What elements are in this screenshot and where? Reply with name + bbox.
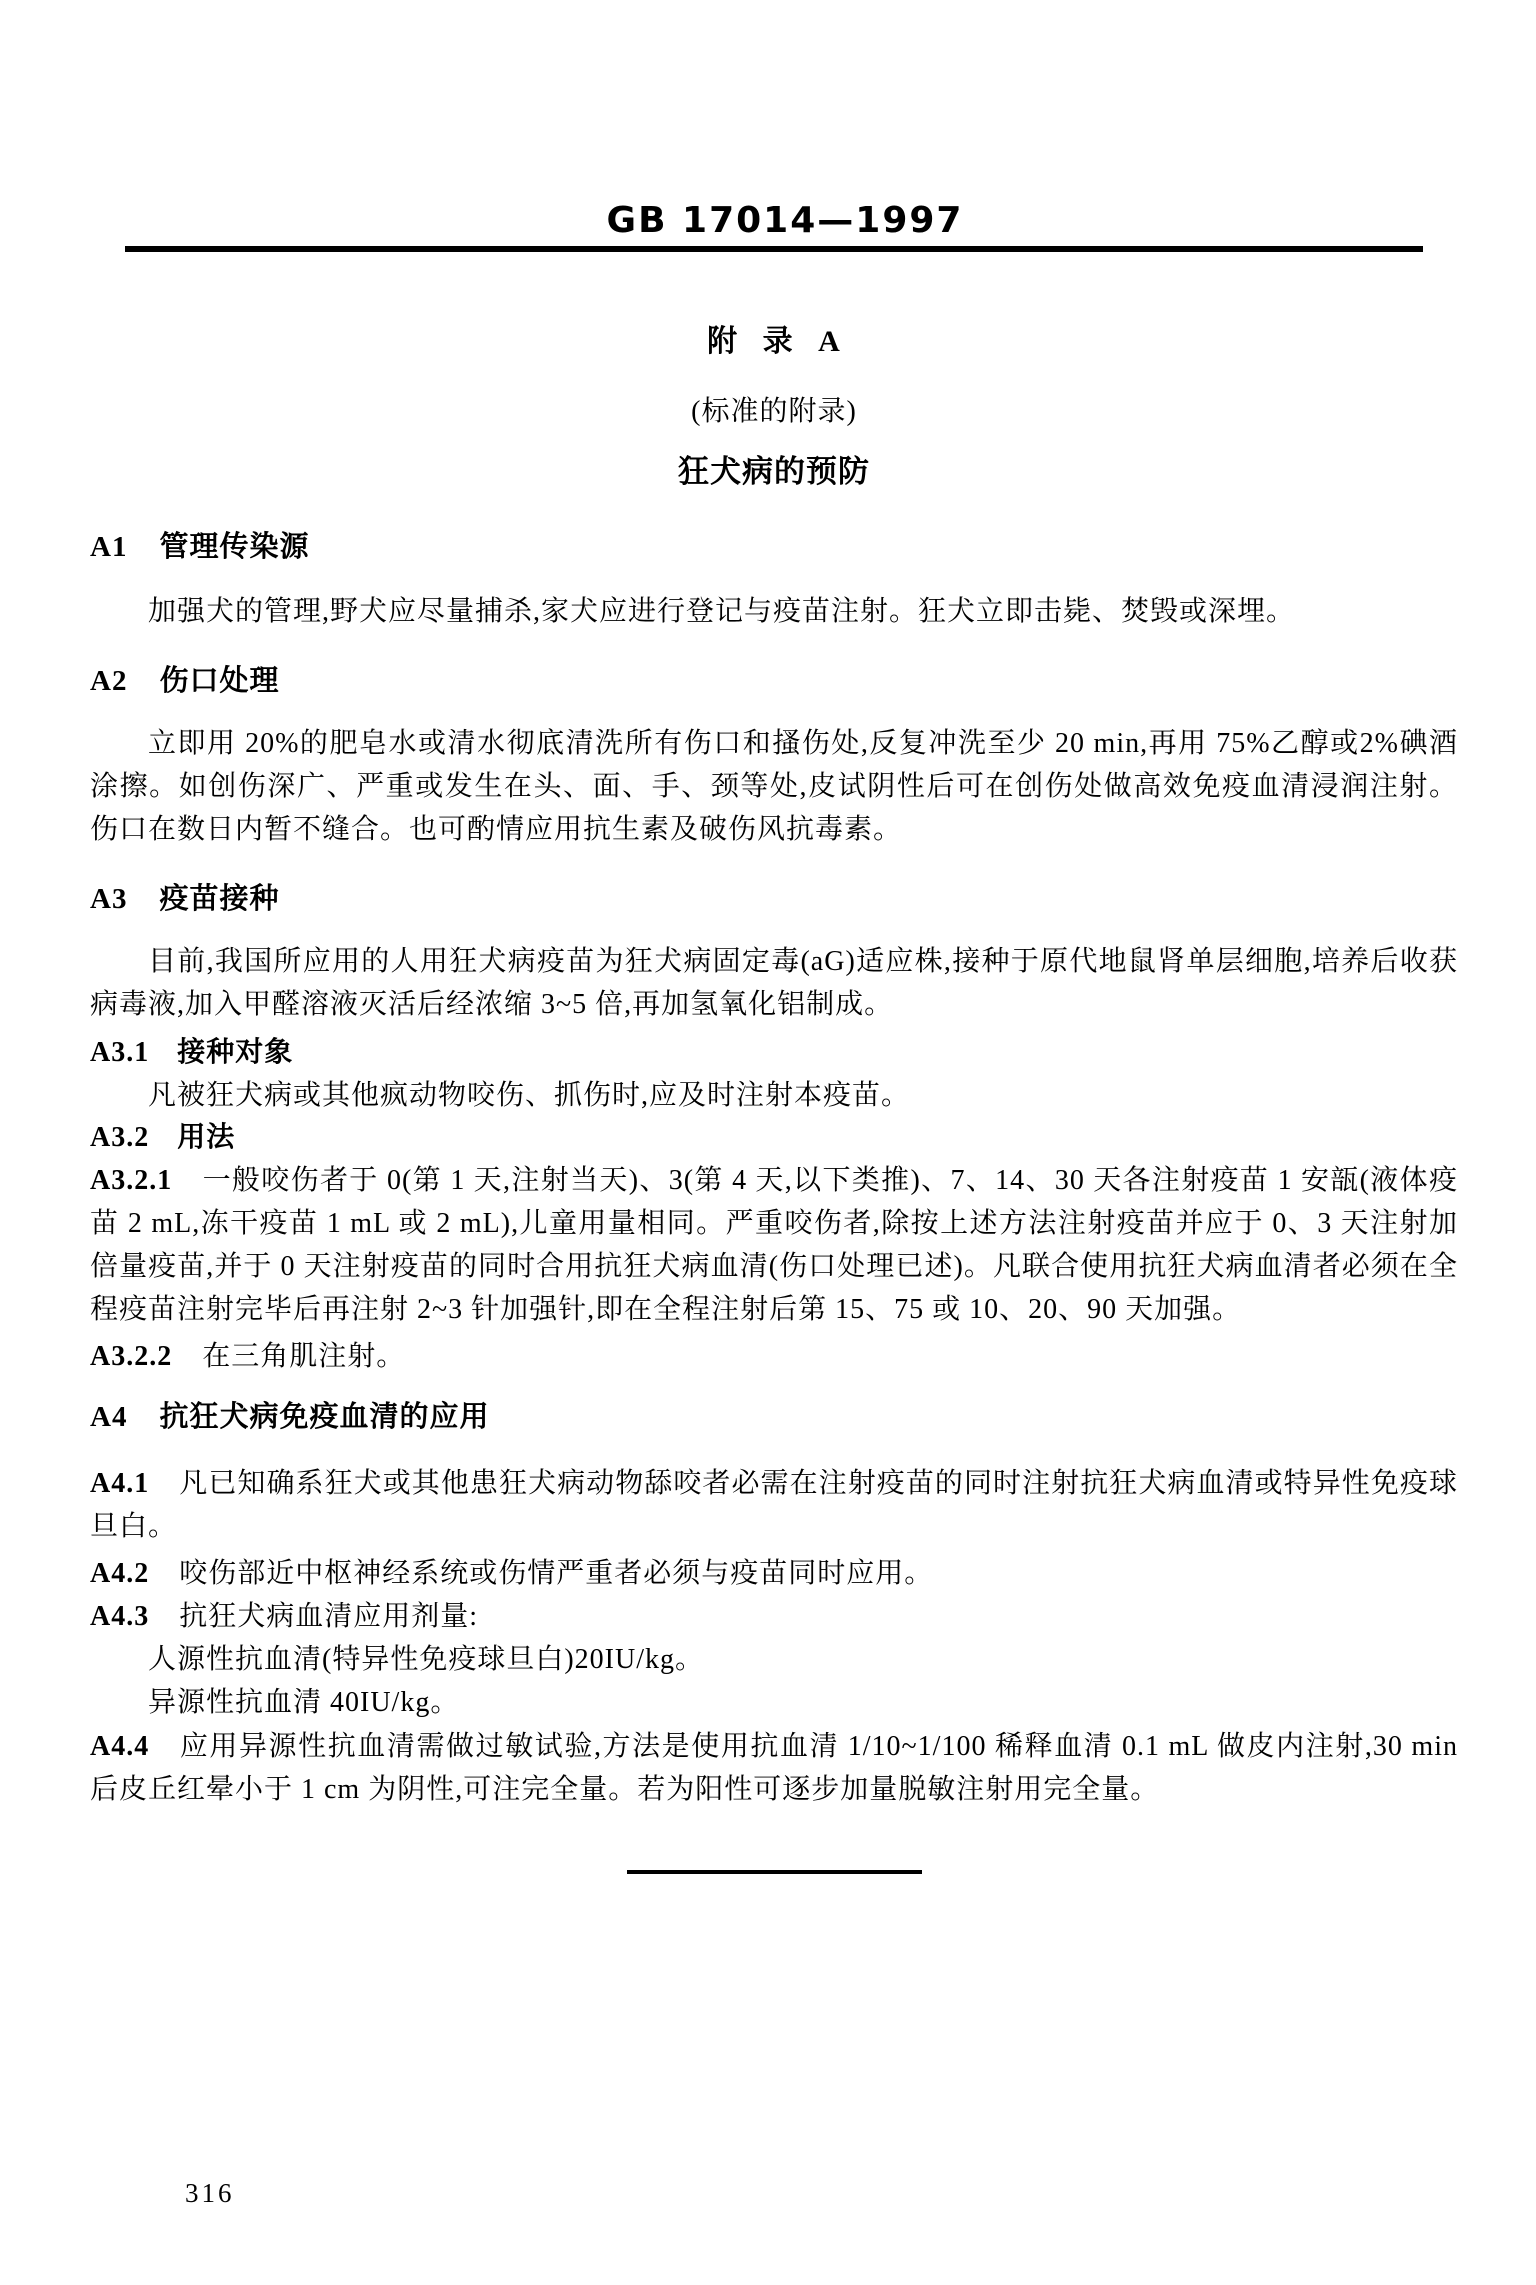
clause-a3-2-2-paragraph: A3.2.2在三角肌注射。 (90, 1335, 1458, 1378)
section-a3-heading: A3疫苗接种 (90, 878, 1458, 920)
section-a3-paragraph: 目前,我国所应用的人用狂犬病疫苗为狂犬病固定毒(aG)适应株,接种于原代地鼠肾单… (90, 940, 1458, 1026)
section-a4-number: A4 (90, 1401, 127, 1433)
clause-a4-1-text: 凡已知确系狂犬或其他患狂犬病动物舔咬者必需在注射疫苗的同时注射抗狂犬病血清或特异… (90, 1468, 1458, 1542)
section-a2-paragraph: 立即用 20%的肥皂水或清水彻底清洗所有伤口和搔伤处,反复冲洗至少 20 min… (90, 722, 1458, 851)
clause-a3-2-2-number: A3.2.2 (90, 1341, 172, 1372)
section-a2-heading: A2伤口处理 (90, 660, 1458, 702)
clause-a3-1-heading: A3.1接种对象 (90, 1032, 1458, 1074)
clause-a4-2-number: A4.2 (90, 1558, 149, 1589)
clause-a3-1-title: 接种对象 (177, 1037, 293, 1068)
end-of-text-divider (627, 1870, 922, 1874)
dose-line-human: 人源性抗血清(特异性免疫球旦白)20IU/kg。 (90, 1638, 1458, 1681)
document-content: 附 录 A (标准的附录) 狂犬病的预防 A1管理传染源 加强犬的管理,野犬应尽… (90, 0, 1458, 1874)
clause-a3-2-heading: A3.2用法 (90, 1117, 1458, 1159)
clause-a3-1-paragraph: 凡被狂犬病或其他疯动物咬伤、抓伤时,应及时注射本疫苗。 (90, 1074, 1458, 1117)
clause-a3-2-title: 用法 (177, 1122, 235, 1153)
clause-a4-2-text: 咬伤部近中枢神经系统或伤情严重者必须与疫苗同时应用。 (179, 1558, 933, 1589)
appendix-subtitle: (标准的附录) (90, 392, 1458, 432)
section-a2-title: 伤口处理 (159, 665, 279, 697)
clause-a3-2-1-paragraph: A3.2.1一般咬伤者于 0(第 1 天,注射当天)、3(第 4 天,以下类推)… (90, 1159, 1458, 1331)
section-a4-heading: A4抗狂犬病免疫血清的应用 (90, 1396, 1458, 1438)
section-a3-title: 疫苗接种 (159, 883, 279, 915)
clause-a4-3-text: 抗狂犬病血清应用剂量: (179, 1601, 478, 1632)
section-a1-title: 管理传染源 (159, 531, 309, 563)
clause-a3-1-number: A3.1 (90, 1037, 149, 1068)
section-a1-heading: A1管理传染源 (90, 526, 1458, 568)
appendix-heading: 狂犬病的预防 (90, 450, 1458, 494)
section-a1-paragraph: 加强犬的管理,野犬应尽量捕杀,家犬应进行登记与疫苗注射。狂犬立即击毙、焚毁或深埋… (90, 590, 1458, 633)
dose-line-heterologous: 异源性抗血清 40IU/kg。 (90, 1681, 1458, 1724)
clause-a3-2-1-text: 一般咬伤者于 0(第 1 天,注射当天)、3(第 4 天,以下类推)、7、14、… (90, 1165, 1458, 1325)
clause-a3-2-1-number: A3.2.1 (90, 1165, 172, 1196)
clause-a4-4-text: 应用异源性抗血清需做过敏试验,方法是使用抗血清 1/10~1/100 稀释血清 … (90, 1731, 1458, 1805)
clause-a4-1-paragraph: A4.1凡已知确系狂犬或其他患狂犬病动物舔咬者必需在注射疫苗的同时注射抗狂犬病血… (90, 1462, 1458, 1548)
clause-a3-2-2-text: 在三角肌注射。 (202, 1341, 405, 1372)
clause-a4-3-paragraph: A4.3抗狂犬病血清应用剂量: (90, 1595, 1458, 1638)
section-a2-number: A2 (90, 665, 127, 697)
clause-a3-2-number: A3.2 (90, 1122, 149, 1153)
clause-a4-4-paragraph: A4.4应用异源性抗血清需做过敏试验,方法是使用抗血清 1/10~1/100 稀… (90, 1725, 1458, 1811)
document-page: GB 17014—1997 附 录 A (标准的附录) 狂犬病的预防 A1管理传… (0, 0, 1536, 2285)
section-a1-number: A1 (90, 531, 127, 563)
section-a4-title: 抗狂犬病免疫血清的应用 (159, 1401, 489, 1433)
appendix-title: 附 录 A (90, 322, 1458, 362)
section-a3-number: A3 (90, 883, 127, 915)
clause-a4-1-number: A4.1 (90, 1468, 149, 1499)
clause-a4-2-paragraph: A4.2咬伤部近中枢神经系统或伤情严重者必须与疫苗同时应用。 (90, 1552, 1458, 1595)
clause-a4-4-number: A4.4 (90, 1731, 149, 1762)
page-number: 316 (185, 2178, 235, 2209)
clause-a4-3-number: A4.3 (90, 1601, 149, 1632)
